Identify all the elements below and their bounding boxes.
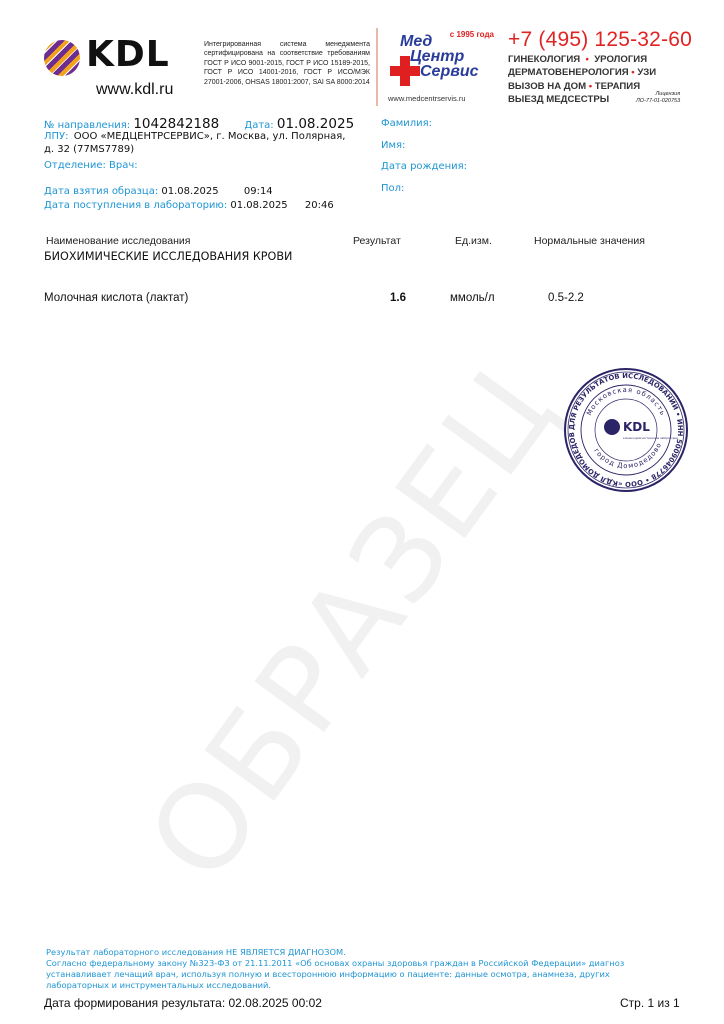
row-unit: ммоль/л xyxy=(450,292,495,304)
certification-text: Интегрированная система менеджмента серт… xyxy=(204,40,370,87)
kdl-logo-text: KDL xyxy=(86,34,170,75)
row-test-name: Молочная кислота (лактат) xyxy=(44,292,188,304)
medical-cross-icon-bar xyxy=(390,66,420,76)
patient-name-label: Имя: xyxy=(381,140,405,151)
services-line: ВЫЕЗД МЕДСЕСТРЫ xyxy=(508,93,656,106)
services-list: ГИНЕКОЛОГИЯ • УРОЛОГИЯДЕРМАТОВЕНЕРОЛОГИЯ… xyxy=(508,53,656,107)
page-number: Стр. 1 из 1 xyxy=(620,996,680,1010)
services-line: ДЕРМАТОВЕНЕРОЛОГИЯ • УЗИ xyxy=(508,66,656,79)
sample-date-label: Дата взятия образца: xyxy=(44,186,158,197)
disclaimer-line2: Согласно федеральному закону №323-ФЗ от … xyxy=(46,958,666,991)
patient-birthdate-label: Дата рождения: xyxy=(381,161,467,172)
column-header-unit: Ед.изм. xyxy=(455,235,492,247)
services-line: ГИНЕКОЛОГИЯ • УРОЛОГИЯ xyxy=(508,53,656,66)
partner-name-line2: Центр xyxy=(410,49,479,64)
kdl-ball-icon xyxy=(44,40,80,76)
lab-date-row: Дата поступления в лабораторию: 01.08.20… xyxy=(44,200,334,211)
department-label: Отделение: Врач: xyxy=(44,160,138,171)
bullet-icon: • xyxy=(580,54,594,65)
lpu-value-line2: д. 32 (77MS7789) xyxy=(44,144,134,155)
disclaimer-line1: Результат лабораторного исследования НЕ … xyxy=(46,947,666,958)
bullet-icon: • xyxy=(586,81,595,92)
section-title: БИОХИМИЧЕСКИЕ ИССЛЕДОВАНИЯ КРОВИ xyxy=(44,250,292,263)
patient-sex-label: Пол: xyxy=(381,183,404,194)
lab-date-label: Дата поступления в лабораторию: xyxy=(44,200,227,211)
stamp-logo-icon xyxy=(604,419,620,435)
lpu-row: ЛПУ: ООО «МЕДЦЕНТРСЕРВИС», г. Москва, ул… xyxy=(44,131,345,142)
sample-date-row: Дата взятия образца: 01.08.2025 09:14 xyxy=(44,186,273,197)
license-number: ЛО-77-01-020753 xyxy=(636,98,680,105)
partner-name-line3: Сервис xyxy=(420,64,479,79)
service-item: УЗИ xyxy=(637,67,656,78)
kdl-logo: KDL www.kdl.ru xyxy=(44,38,194,102)
service-item: УРОЛОГИЯ xyxy=(594,54,647,65)
medcentrservis-logo: с 1995 года Мед Центр Сервис www.medcent… xyxy=(386,28,494,106)
column-header-reference: Нормальные значения xyxy=(534,235,645,247)
stamp-logo-sub: клинико-диагностические лаборатории xyxy=(623,436,678,440)
lab-time-value: 20:46 xyxy=(305,200,334,211)
row-result: 1.6 xyxy=(390,292,406,304)
svg-text:Московская область: Московская область xyxy=(585,386,667,417)
generated-date-value: 02.08.2025 00:02 xyxy=(229,996,322,1010)
phone-number: +7 (495) 125-32-60 xyxy=(508,28,692,52)
column-header-result: Результат xyxy=(353,235,401,247)
patient-surname-label: Фамилия: xyxy=(381,118,432,129)
referral-number-row: № направления: 1042842188 Дата: 01.08.20… xyxy=(44,116,354,132)
generated-date-label: Дата формирования результата: xyxy=(44,996,225,1010)
disclaimer-note: Результат лабораторного исследования НЕ … xyxy=(46,947,666,991)
row-reference: 0.5-2.2 xyxy=(548,292,584,304)
sample-time-value: 09:14 xyxy=(244,186,273,197)
referral-date-label: Дата: xyxy=(244,120,273,131)
header-divider xyxy=(376,28,378,106)
referral-number-value: 1042842188 xyxy=(133,116,219,132)
referral-number-label: № направления: xyxy=(44,120,130,131)
stamp-logo-text: KDL xyxy=(623,420,650,434)
generated-date: Дата формирования результата: 02.08.2025… xyxy=(44,996,322,1010)
partner-url: www.medcentrservis.ru xyxy=(388,94,466,103)
sample-watermark: ОБРАЗЕЦ xyxy=(121,403,538,905)
license-label: Лицензия xyxy=(636,91,680,98)
service-item: ГИНЕКОЛОГИЯ xyxy=(508,54,580,65)
partner-name-line1: Мед xyxy=(400,34,479,49)
service-item: ДЕРМАТОВЕНЕРОЛОГИЯ xyxy=(508,67,629,78)
service-item: ВЫЗОВ НА ДОМ xyxy=(508,81,586,92)
services-line: ВЫЗОВ НА ДОМ • ТЕРАПИЯ xyxy=(508,80,656,93)
lpu-label: ЛПУ: xyxy=(44,131,69,142)
bullet-icon: • xyxy=(629,67,638,78)
kdl-url: www.kdl.ru xyxy=(96,81,173,99)
sample-date-value: 01.08.2025 xyxy=(161,186,218,197)
lab-stamp: ДЛЯ РЕЗУЛЬТАТОВ ИССЛЕДОВАНИЙ • ИНН 50090… xyxy=(563,367,689,493)
referral-date-value: 01.08.2025 xyxy=(277,116,354,132)
lab-date-value: 01.08.2025 xyxy=(230,200,287,211)
column-header-name: Наименование исследования xyxy=(46,235,190,247)
lpu-value: ООО «МЕДЦЕНТРСЕРВИС», г. Москва, ул. Пол… xyxy=(74,131,346,142)
stamp-inner-top: Московская область xyxy=(585,386,667,417)
license: Лицензия ЛО-77-01-020753 xyxy=(636,91,680,105)
service-item: ВЫЕЗД МЕДСЕСТРЫ xyxy=(508,94,609,105)
service-item: ТЕРАПИЯ xyxy=(595,81,640,92)
